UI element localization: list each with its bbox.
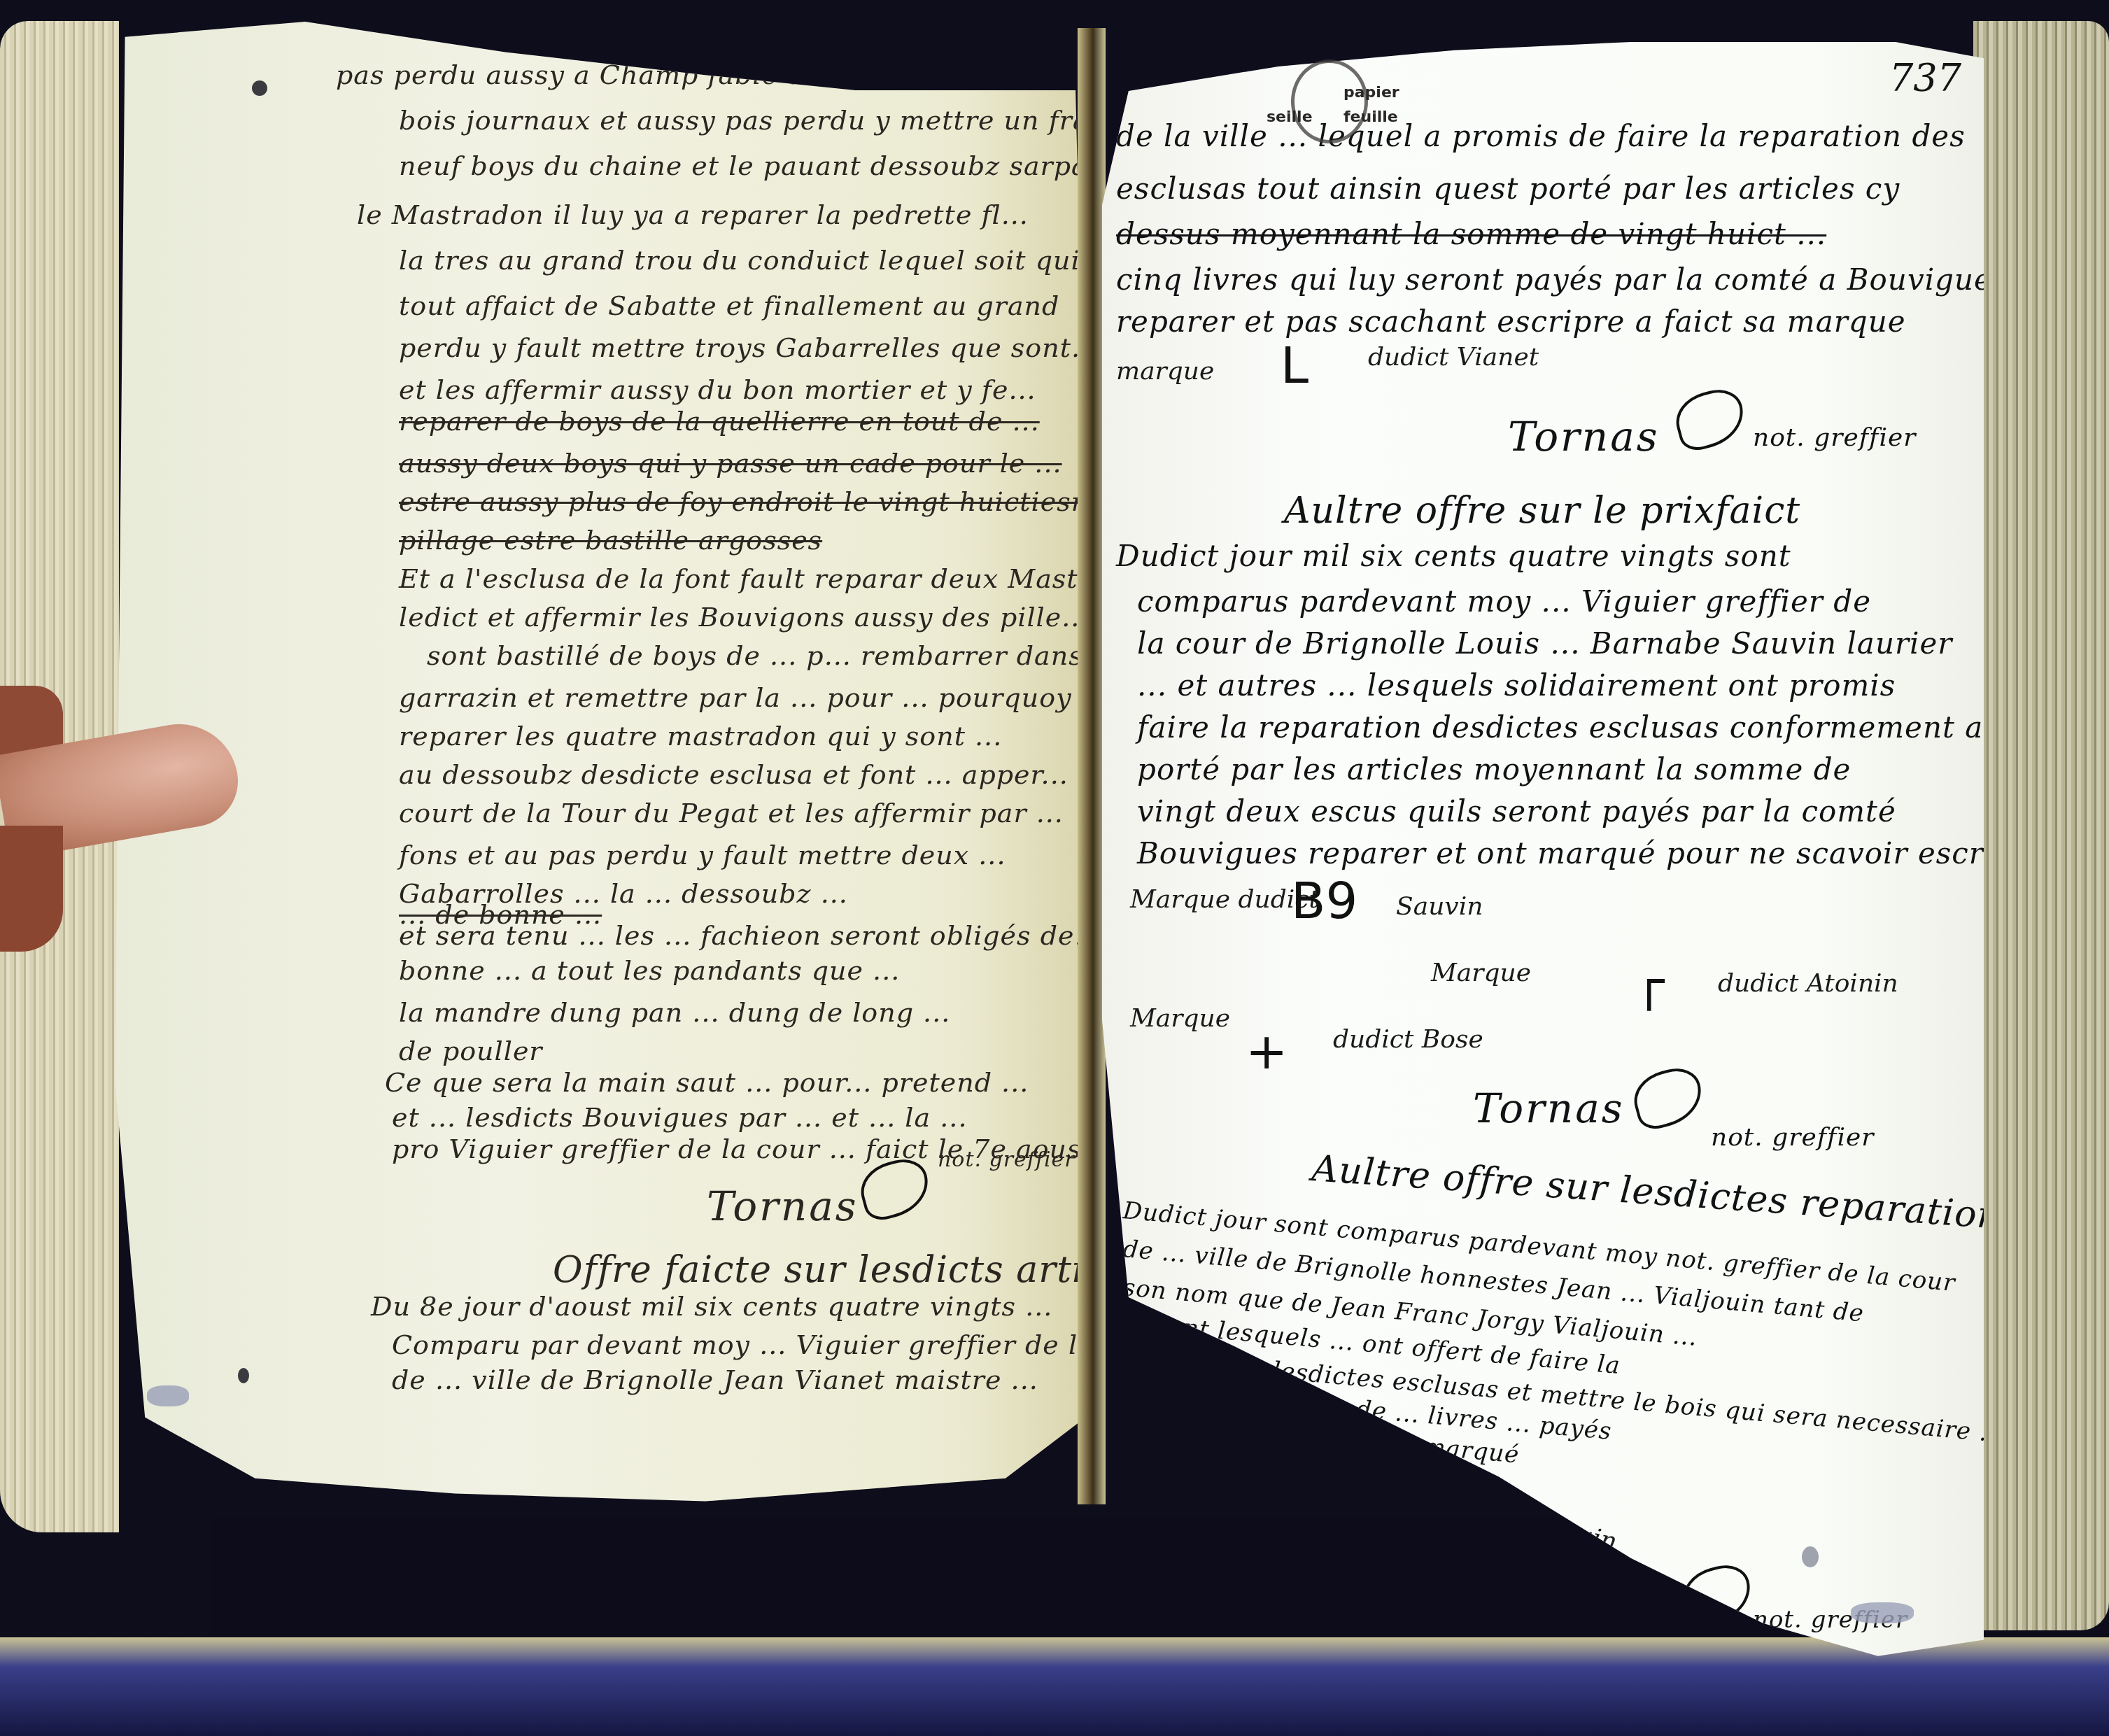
section-line: porté par les articles moyennant la somm… (1137, 752, 1851, 786)
left-line: Ce que sera la main saut ... pour... pre… (385, 1067, 1029, 1098)
section-heading: Aultre offre sur le prixfaict (1284, 490, 1800, 532)
right-page-block-edge (1973, 21, 2109, 1630)
left-line-struck: estre aussy plus de foy endroit le vingt… (399, 486, 1113, 517)
stamp-text: papier (1343, 84, 1399, 101)
left-line: et ... lesdicts Bouvigues par ... et ...… (392, 1102, 968, 1133)
left-line: reparer les quatre mastradon qui y sont … (399, 721, 1002, 751)
mark-name: dudict Atoinin (1718, 969, 1898, 998)
stamp-text: seille (1267, 108, 1313, 126)
worm-hole (252, 80, 267, 96)
mark-name: dudict Bose (1333, 1025, 1483, 1054)
left-line-struck: pillage estre bastille argosses (399, 525, 822, 556)
mark-name: dudict Vianet (1368, 343, 1539, 372)
left-signature-suffix: not. greffier (938, 1148, 1075, 1172)
paper-tear (147, 1385, 189, 1406)
left-line-struck: aussy deux boys qui y passe un cade pour… (399, 448, 1062, 479)
mark-label: Marque (1130, 1462, 1230, 1491)
stamp-seal-icon (1291, 59, 1368, 143)
left-line: sont bastillé de boys de ... p... rembar… (427, 640, 1083, 671)
worm-hole (238, 1368, 249, 1383)
mark-glyph-taurus: ♉ (1260, 1448, 1305, 1507)
left-section-heading: Offre faicte sur lesdicts articles (553, 1249, 1159, 1291)
mark-label: Marque (1130, 1004, 1230, 1033)
right-page: 737 de la ville ... lequel a promis de f… (1102, 42, 1984, 1672)
section-line: Dudict jour mil six cents quatre vingts … (1116, 539, 1791, 573)
mark-label: Marque (1431, 959, 1531, 987)
paper-tear (1851, 1602, 1914, 1623)
section-line: comparus pardevant moy ... Viguier greff… (1137, 584, 1871, 619)
left-line: ledict et affermir les Bouvigons aussy d… (399, 602, 1089, 633)
left-line: de pouller (399, 1036, 543, 1066)
left-line: bonne ... a tout les pandants que ... (399, 955, 900, 986)
section-line: Bouvigues reparer et ont marqué pour ne … (1137, 836, 2046, 870)
right-line: de la ville ... lequel a promis de faire… (1116, 119, 1966, 153)
right-line: esclusas tout ainsin quest porté par les… (1116, 171, 1900, 206)
holding-hand (0, 686, 245, 938)
left-line: neuf boys du chaine et le pauant dessoub… (399, 150, 1117, 181)
section-line: ... et autres ... lesquels solidairement… (1137, 668, 1896, 703)
photo-scene: pas perdu aussy a Champ fable au dessus … (0, 0, 2109, 1736)
left-line: le Mastradon il luy ya a reparer la pedr… (357, 199, 1029, 230)
mark-label: marque (1116, 357, 1214, 386)
tax-stamp: papier seille feuille (1277, 59, 1375, 150)
signature-name: Tornas (1508, 413, 1660, 460)
section-line: faire la reparation desdictes esclusas c… (1137, 710, 2109, 744)
left-line: garrazin et remettre par la ... pour ...… (399, 682, 1072, 713)
page-number: 737 (1889, 56, 1961, 100)
section-line: vingt deux escus quils seront payés par … (1137, 794, 1896, 828)
right-line: reparer et pas scachant escripre a faict… (1116, 304, 1906, 339)
left-line: pas perdu aussy a Champ fable au dessus … (336, 59, 1127, 90)
signature-suffix: not. greffier (1711, 1123, 1874, 1152)
worm-hole (1802, 1546, 1819, 1567)
left-line-struck: reparer de boys de la quellierre en tout… (399, 406, 1040, 437)
left-closing-line: de ... ville de Brignolle Jean Vianet ma… (392, 1364, 1038, 1395)
section-line: la cour de Brignolle Louis ... Barnabe S… (1137, 626, 1952, 661)
left-line: fons et au pas perdu y fault mettre deux… (399, 840, 1006, 870)
left-signature-name: Tornas (707, 1183, 859, 1230)
stamp-text: feuille (1343, 108, 1398, 126)
mark-name: Sauvin (1396, 892, 1483, 921)
left-line: perdu y fault mettre troys Gabarrelles q… (399, 332, 1099, 363)
left-line: court de la Tour du Pegat et les affermi… (399, 798, 1064, 828)
left-line: la mandre dung pan ... dung de long ... (399, 997, 950, 1028)
mark-glyph-corner: ┌ (1634, 952, 1664, 1010)
left-line: bois journaux et aussy pas perdu y mettr… (399, 105, 1122, 136)
signature-name: Tornas (1473, 1085, 1625, 1132)
signature-flourish (1628, 1063, 1709, 1134)
left-closing-line: Comparu par devant moy ... Viguier greff… (392, 1329, 1131, 1360)
mark-glyph-b9: B9 (1291, 871, 1357, 930)
left-line: et sera tenu ... les ... fachieon seront… (399, 920, 1102, 951)
left-closing-line: Du 8e jour d'aoust mil six cents quatre … (371, 1291, 1052, 1322)
book-gutter (1078, 28, 1106, 1504)
signature-suffix: not. greffier (1753, 423, 1916, 452)
signature-flourish (1670, 384, 1751, 455)
left-line: au dessoubz desdicte esclusa et font ...… (399, 759, 1068, 790)
left-line: la tres au grand trou du conduict lequel… (399, 245, 1108, 276)
left-line: et les affermir aussy du bon mortier et … (399, 374, 1036, 405)
right-line: cinq livres qui luy seront payés par la … (1116, 262, 2008, 297)
left-line: Et a l'esclusa de la font fault reparar … (399, 563, 1157, 594)
table-edge (0, 1637, 2109, 1736)
mark-glyph-L: L (1281, 336, 1309, 395)
left-line: tout affaict de Sabatte et finallement a… (399, 290, 1059, 321)
left-page: pas perdu aussy a Champ fable au dessus … (105, 14, 1106, 1539)
mark-glyph-cross: + (1246, 1022, 1288, 1080)
right-line-struck: dessus moyennant la somme de vingt huict… (1116, 217, 1826, 251)
hand-palm (0, 826, 63, 952)
